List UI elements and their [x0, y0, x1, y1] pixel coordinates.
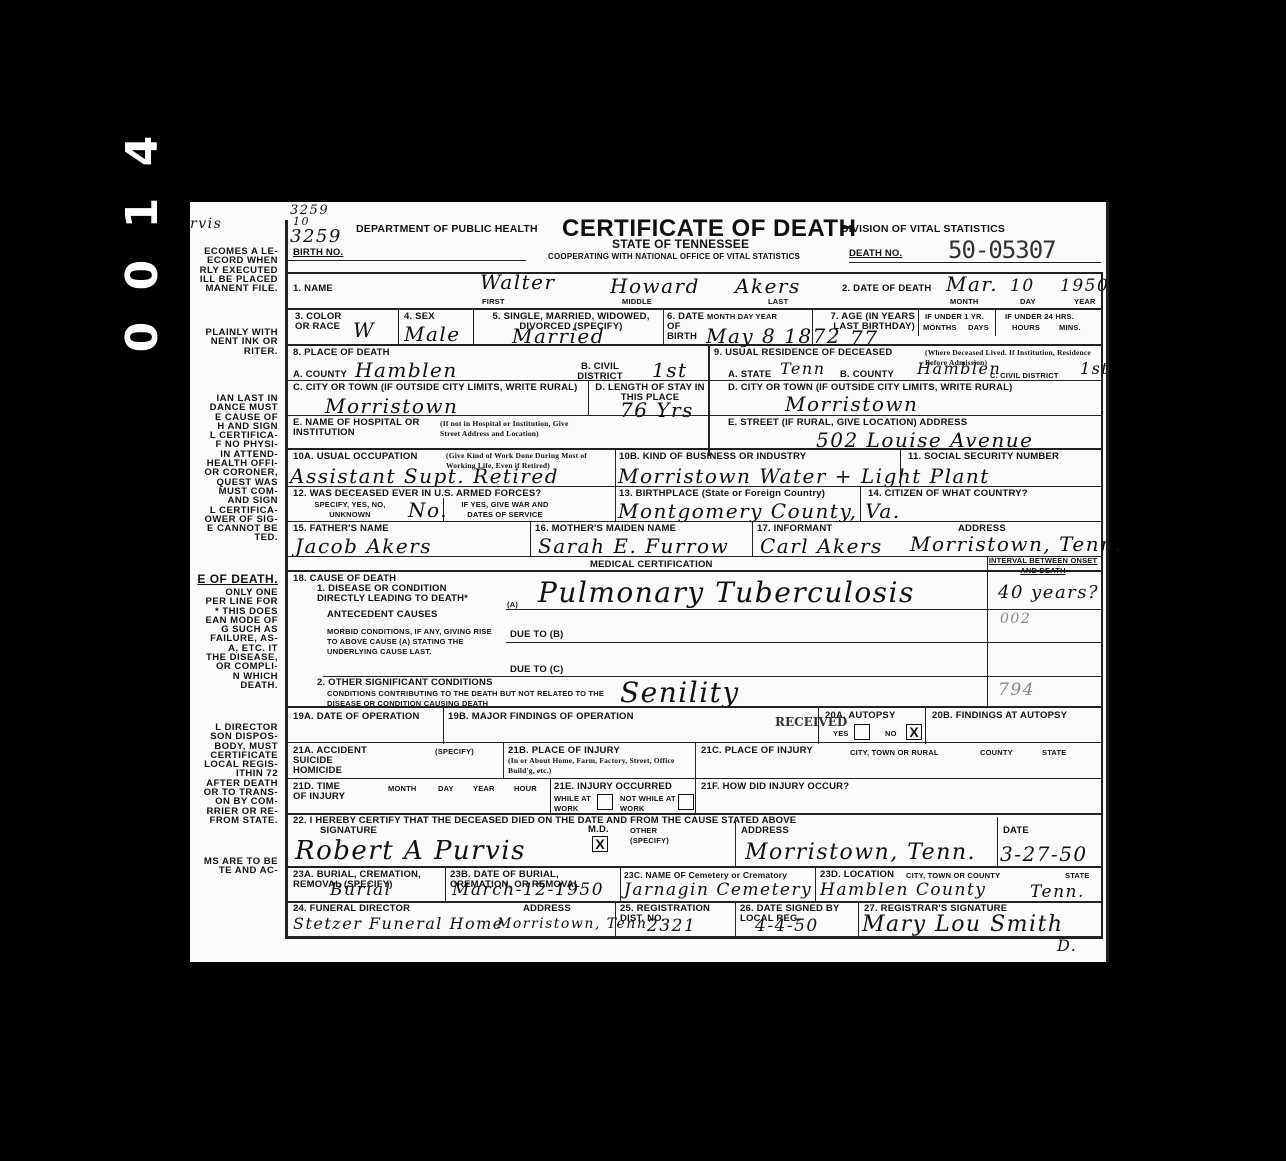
divider	[858, 901, 859, 937]
accident-label: 21A. ACCIDENT SUICIDE HOMICIDE	[293, 746, 373, 776]
divider	[900, 448, 901, 486]
funeral-director-label: 24. FUNERAL DIRECTOR	[293, 904, 410, 914]
margin-instructions: PLAINLY WITH NENT INK OR RITER.	[190, 328, 278, 356]
last-name: Akers	[735, 274, 801, 298]
divider	[849, 262, 1101, 263]
divider	[288, 344, 1103, 346]
dob-sublabel: MONTH DAY YEAR	[707, 312, 777, 322]
date-signed-value: 4-4-50	[755, 916, 819, 936]
res-state-value: Tenn	[780, 359, 826, 378]
divider	[615, 448, 616, 522]
first-label: FIRST	[482, 297, 505, 307]
mother-label: 16. MOTHER'S MAIDEN NAME	[535, 524, 676, 534]
father-label: 15. FATHER'S NAME	[293, 524, 389, 534]
divider	[288, 706, 1103, 708]
time-year-label: YEAR	[473, 784, 495, 794]
time-month-label: MONTH	[388, 784, 417, 794]
registrar-suffix: D.	[1057, 936, 1077, 955]
divider	[987, 556, 988, 706]
divider	[506, 642, 1101, 643]
form-border-left	[285, 220, 288, 938]
dod-month: Mar.	[946, 272, 998, 296]
res-county-label: B. COUNTY	[840, 370, 894, 380]
stay-value: 76 Yrs	[620, 398, 694, 422]
interval-label: INTERVAL BETWEEN ONSET AND DEATH	[988, 556, 1098, 576]
divider	[288, 308, 1103, 310]
divider	[288, 570, 1103, 572]
hospital-label: E. NAME OF HOSPITAL OR INSTITUTION	[293, 418, 433, 438]
film-frame-number: 4 1 0 0	[118, 120, 168, 368]
location-state-value: Tenn.	[1030, 882, 1085, 902]
location-value: Hamblen County	[820, 880, 986, 900]
margin-instructions: MS ARE TO BE TE AND AC-	[190, 857, 278, 876]
informant-label: 17. INFORMANT	[757, 524, 832, 534]
injury-place-label: 21B. PLACE OF INJURY	[508, 746, 620, 756]
operation-findings-label: 19B. MAJOR FINDINGS OF OPERATION	[448, 712, 634, 722]
divider	[398, 308, 399, 346]
md-checkbox[interactable]: X	[592, 836, 608, 852]
father-value: Jacob Akers	[295, 534, 432, 558]
not-while-at-work-label: NOT WHILE AT WORK	[620, 794, 680, 814]
sex-value: Male	[404, 322, 461, 346]
injury-place-note: (In or About Home, Farm, Factory, Street…	[508, 756, 698, 776]
birthplace-value: Montgomery County, Va.	[618, 499, 901, 523]
autopsy-yes-checkbox[interactable]	[854, 724, 870, 740]
autopsy-no-checkbox[interactable]: X	[906, 724, 922, 740]
street-label: E. STREET (IF RURAL, GIVE LOCATION) ADDR…	[728, 418, 988, 428]
cause-b-code: 002	[1000, 611, 1031, 627]
dob-label: 6. DATE OF BIRTH	[667, 312, 707, 342]
other-conditions-label: 2. OTHER SIGNIFICANT CONDITIONS	[317, 678, 493, 688]
dod-label: 2. DATE OF DEATH	[842, 284, 931, 294]
medical-heading: MEDICAL CERTIFICATION	[590, 560, 713, 570]
location-state-label: STATE	[1065, 871, 1089, 881]
county-label: A. COUNTY	[293, 370, 347, 380]
division-label: DIVISION OF VITAL STATISTICS	[841, 224, 1005, 234]
margin-instructions: ONLY ONE PER LINE FOR * THIS DOES EAN MO…	[190, 588, 278, 690]
certify-date-label: DATE	[1003, 826, 1029, 836]
birthplace-label: 13. BIRTHPLACE (State or Foreign Country…	[619, 489, 825, 499]
divider	[288, 521, 1103, 522]
location-label: 23D. LOCATION	[820, 870, 894, 880]
city-label: C. CITY OR TOWN (IF OUTSIDE CITY LIMITS,…	[293, 383, 578, 393]
days-label: DAYS	[968, 323, 989, 333]
frame-digit: 4	[112, 126, 174, 176]
month-label: MONTH	[950, 297, 979, 307]
middle-label: MIDDLE	[622, 297, 652, 307]
occupation-label: 10A. USUAL OCCUPATION	[293, 452, 418, 462]
autopsy-yes-label: YES	[833, 729, 849, 739]
city-column: CITY, TOWN OR RURAL	[850, 748, 939, 758]
divider	[812, 308, 813, 346]
divider	[443, 706, 444, 744]
res-city-value: Morristown	[785, 392, 918, 416]
divider	[708, 344, 710, 456]
divider	[735, 822, 736, 866]
divider	[288, 260, 526, 261]
operation-date-label: 19A. DATE OF OPERATION	[293, 712, 420, 722]
middle-name: Howard	[610, 274, 700, 298]
sex-label: 4. SEX	[404, 312, 435, 322]
name-label: 1. NAME	[293, 284, 333, 294]
divider	[735, 901, 736, 937]
how-injury-label: 21F. HOW DID INJURY OCCUR?	[701, 782, 849, 792]
state-column: STATE	[1042, 748, 1066, 758]
hours-label: HOURS	[1012, 323, 1040, 333]
antecedent-label: ANTECEDENT CAUSES	[327, 610, 438, 620]
civil-district-value: 1st	[652, 358, 688, 382]
residence-label: 9. USUAL RESIDENCE OF DECEASED	[714, 348, 892, 358]
divider	[620, 866, 621, 901]
divider	[550, 778, 551, 814]
margin-instructions: ECOMES A LE- ECORD WHEN RLY EXECUTED ILL…	[190, 247, 278, 293]
signature-label: SIGNATURE	[320, 826, 377, 836]
under-24-label: IF UNDER 24 HRS.	[1005, 312, 1074, 322]
divider	[815, 866, 816, 901]
autopsy-no-label: NO	[885, 729, 897, 739]
funeral-address-label: ADDRESS	[523, 904, 571, 914]
direct-cause-label: 1. DISEASE OR CONDITION DIRECTLY LEADING…	[317, 584, 497, 604]
business-value: Morristown Water + Light Plant	[618, 464, 990, 488]
ssn-label: 11. SOCIAL SECURITY NUMBER	[908, 452, 1059, 462]
divider	[710, 415, 1101, 416]
not-while-at-work-checkbox[interactable]	[678, 794, 694, 810]
death-no-label: DEATH NO.	[849, 249, 902, 259]
birth-no-label: BIRTH NO.	[293, 248, 343, 258]
year-label: YEAR	[1074, 297, 1096, 307]
death-certificate: rvis ECOMES A LE- ECORD WHEN RLY EXECUTE…	[190, 202, 1109, 962]
certifier-address-value: Morristown, Tenn.	[745, 840, 976, 865]
cooperating-label: COOPERATING WITH NATIONAL OFFICE OF VITA…	[548, 252, 800, 262]
certifier-address-label: ADDRESS	[741, 826, 789, 836]
divider	[995, 308, 996, 336]
business-label: 10B. KIND OF BUSINESS OR INDUSTRY	[619, 452, 806, 462]
other-conditions-value: Senility	[620, 676, 740, 709]
citizen-label: 14. CITIZEN OF WHAT COUNTRY?	[868, 489, 1028, 499]
frame-digit: 1	[112, 188, 174, 238]
md-label: M.D.	[588, 825, 609, 835]
divider	[288, 380, 708, 381]
divider	[473, 308, 474, 346]
cause-a-value: Pulmonary Tuberculosis	[538, 576, 915, 609]
under-one-label: IF UNDER 1 YR.	[925, 312, 984, 322]
margin-note: rvis	[190, 216, 222, 232]
time-day-label: DAY	[438, 784, 454, 794]
res-county-value: Hamblen	[917, 359, 1001, 378]
mins-label: MINS.	[1059, 323, 1081, 333]
morbid-label: MORBID CONDITIONS, IF ANY, GIVING RISE T…	[327, 627, 502, 657]
due-to-c-label: DUE TO (C)	[510, 665, 564, 675]
physician-signature: Robert A Purvis	[295, 836, 526, 866]
res-state-label: A. STATE	[728, 370, 771, 380]
county-column: COUNTY	[980, 748, 1013, 758]
last-label: LAST	[768, 297, 788, 307]
divider	[288, 448, 1103, 450]
informant-value: Carl Akers	[760, 534, 883, 558]
time-hour-label: HOUR	[514, 784, 537, 794]
divider	[445, 866, 446, 901]
while-at-work-checkbox[interactable]	[597, 794, 613, 810]
armed-specify-label: SPECIFY, YES, NO, UNKNOWN	[300, 500, 400, 520]
certify-date-value: 3-27-50	[1000, 842, 1088, 866]
divider	[710, 380, 1101, 381]
due-to-b-label: DUE TO (B)	[510, 630, 564, 640]
divider	[997, 817, 998, 866]
injury-location-label: 21C. PLACE OF INJURY	[701, 746, 813, 756]
divider	[288, 556, 1103, 557]
birth-no-value: 3259	[290, 228, 342, 246]
dod-day: 10	[1010, 276, 1035, 296]
registration-district-value: 2321	[647, 916, 696, 936]
injury-occurred-label: 21E. INJURY OCCURRED	[554, 782, 672, 792]
death-no-value: 50-05307	[948, 236, 1056, 264]
other-code: 794	[998, 680, 1035, 700]
autopsy-label: 20A. AUTOPSY	[825, 711, 896, 721]
res-civil-value: 1st	[1080, 359, 1109, 378]
other-label: OTHER (SPECIFY)	[630, 826, 690, 846]
occupation-value: Assistant Supt. Retired	[290, 464, 559, 488]
divider	[443, 498, 444, 522]
divider	[615, 901, 616, 937]
frame-digit: 0	[112, 312, 174, 362]
place-of-death-label: 8. PLACE OF DEATH	[293, 348, 390, 358]
state-label: STATE OF TENNESSEE	[612, 239, 749, 249]
divider	[288, 778, 1103, 779]
burial-date-value: March-12-1950	[452, 880, 604, 900]
registrar-signature: Mary Lou Smith	[862, 912, 1064, 937]
divider	[288, 486, 1103, 487]
county-value: Hamblen	[355, 358, 458, 382]
hospital-note: (If not in Hospital or Institution, Give…	[440, 419, 590, 439]
divider	[925, 706, 926, 744]
funeral-director-value: Stetzer Funeral Home	[293, 914, 504, 933]
divider	[503, 742, 504, 778]
divider	[588, 380, 589, 416]
color-label: 3. COLOR OR RACE	[295, 312, 355, 332]
frame-digit: 0	[112, 250, 174, 300]
divider	[860, 486, 861, 522]
divider	[288, 866, 1103, 868]
mother-value: Sarah E. Furrow	[538, 534, 729, 558]
war-label: IF YES, GIVE WAR AND DATES OF SERVICE	[450, 500, 560, 520]
cemetery-label: 23C. NAME OF Cemetery or Crematory	[624, 870, 787, 880]
autopsy-findings-label: 20B. FINDINGS AT AUTOPSY	[932, 711, 1067, 721]
divider	[752, 521, 753, 557]
margin-instructions: IAN LAST IN DANCE MUST E CAUSE OF H AND …	[190, 394, 278, 543]
divider	[918, 308, 919, 336]
civil-district-label: B. CIVIL DISTRICT	[570, 362, 630, 382]
informant-address-value: Morristown, Tenn.	[910, 532, 1122, 556]
cause-a-interval: 40 years?	[998, 582, 1099, 603]
department-label: DEPARTMENT OF PUBLIC HEALTH	[356, 224, 538, 234]
first-name: Walter	[480, 270, 556, 294]
injury-time-label: 21D. TIME OF INJURY	[293, 782, 348, 802]
divider	[288, 415, 708, 416]
margin-heading: E OF DEATH.	[190, 573, 278, 585]
color-value: W	[353, 318, 375, 342]
burial-value: Burial	[330, 880, 392, 900]
months-label: MONTHS	[923, 323, 957, 333]
divider	[530, 521, 531, 557]
divider	[818, 706, 819, 744]
divider	[663, 308, 664, 346]
cemetery-value: Jarnagin Cemetery	[624, 880, 812, 900]
specify-label: (SPECIFY)	[435, 747, 474, 757]
day-label: DAY	[1020, 297, 1036, 307]
while-at-work-label: WHILE AT WORK	[554, 794, 594, 814]
dod-year: 1950	[1060, 276, 1109, 296]
margin-instructions: L DIRECTOR SON DISPOS- BODY, MUST CERTIF…	[190, 723, 278, 825]
divider	[506, 609, 1101, 610]
